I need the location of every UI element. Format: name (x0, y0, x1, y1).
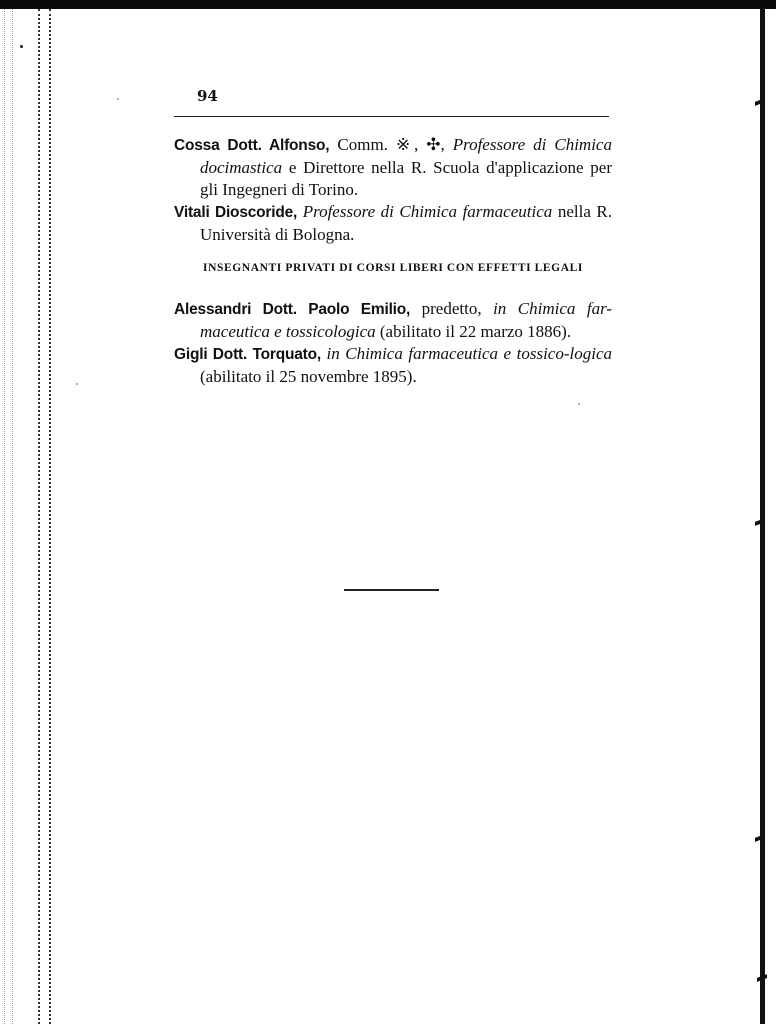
gutter-line (4, 9, 5, 1024)
gutter-line (38, 9, 40, 1024)
scan-speck (578, 403, 580, 405)
section-heading: INSEGNANTI PRIVATI DI CORSI LIBERI CON E… (174, 262, 612, 274)
entry: Cossa Dott. Alfonso, Comm. ※, ✣, Profess… (174, 134, 612, 201)
end-rule (344, 589, 439, 591)
entry: Vitali Dioscoride, Professore di Chimica… (174, 201, 612, 246)
entry-name: Cossa Dott. Alfonso, (174, 137, 329, 154)
gutter-line (49, 9, 51, 1024)
entry-text: (abilitato il 22 marzo 1886). (376, 322, 571, 341)
header-rule (174, 116, 609, 117)
entry: Gigli Dott. Torquato, in Chimica farmace… (174, 343, 612, 388)
entry: Alessandri Dott. Paolo Emilio, predetto,… (174, 298, 612, 343)
entry-name: Gigli Dott. Torquato, (174, 346, 321, 363)
entries-professors: Cossa Dott. Alfonso, Comm. ※, ✣, Profess… (174, 134, 612, 246)
entry-subject: in Chimica farmaceutica e tossico-logica (327, 344, 613, 363)
entries-private-teachers: Alessandri Dott. Paolo Emilio, predetto,… (174, 298, 612, 388)
scan-speck (20, 45, 23, 48)
entry-text: predetto, (410, 299, 493, 318)
binding-gutter (0, 9, 60, 1024)
entry-name: Alessandri Dott. Paolo Emilio, (174, 301, 410, 318)
gutter-line (12, 9, 13, 1024)
entry-name: Vitali Dioscoride, (174, 204, 297, 221)
scan-speck (117, 98, 119, 100)
entry-subject: Professore di Chimica farmaceutica (303, 202, 553, 221)
entry-text: Comm. ※, ✣, (329, 135, 452, 154)
page-right-edge (760, 9, 765, 1024)
entry-text: (abilitato il 25 novembre 1895). (200, 367, 417, 386)
scan-speck (76, 383, 78, 385)
scan-top-border (0, 0, 776, 9)
page-number: 94 (197, 87, 218, 105)
